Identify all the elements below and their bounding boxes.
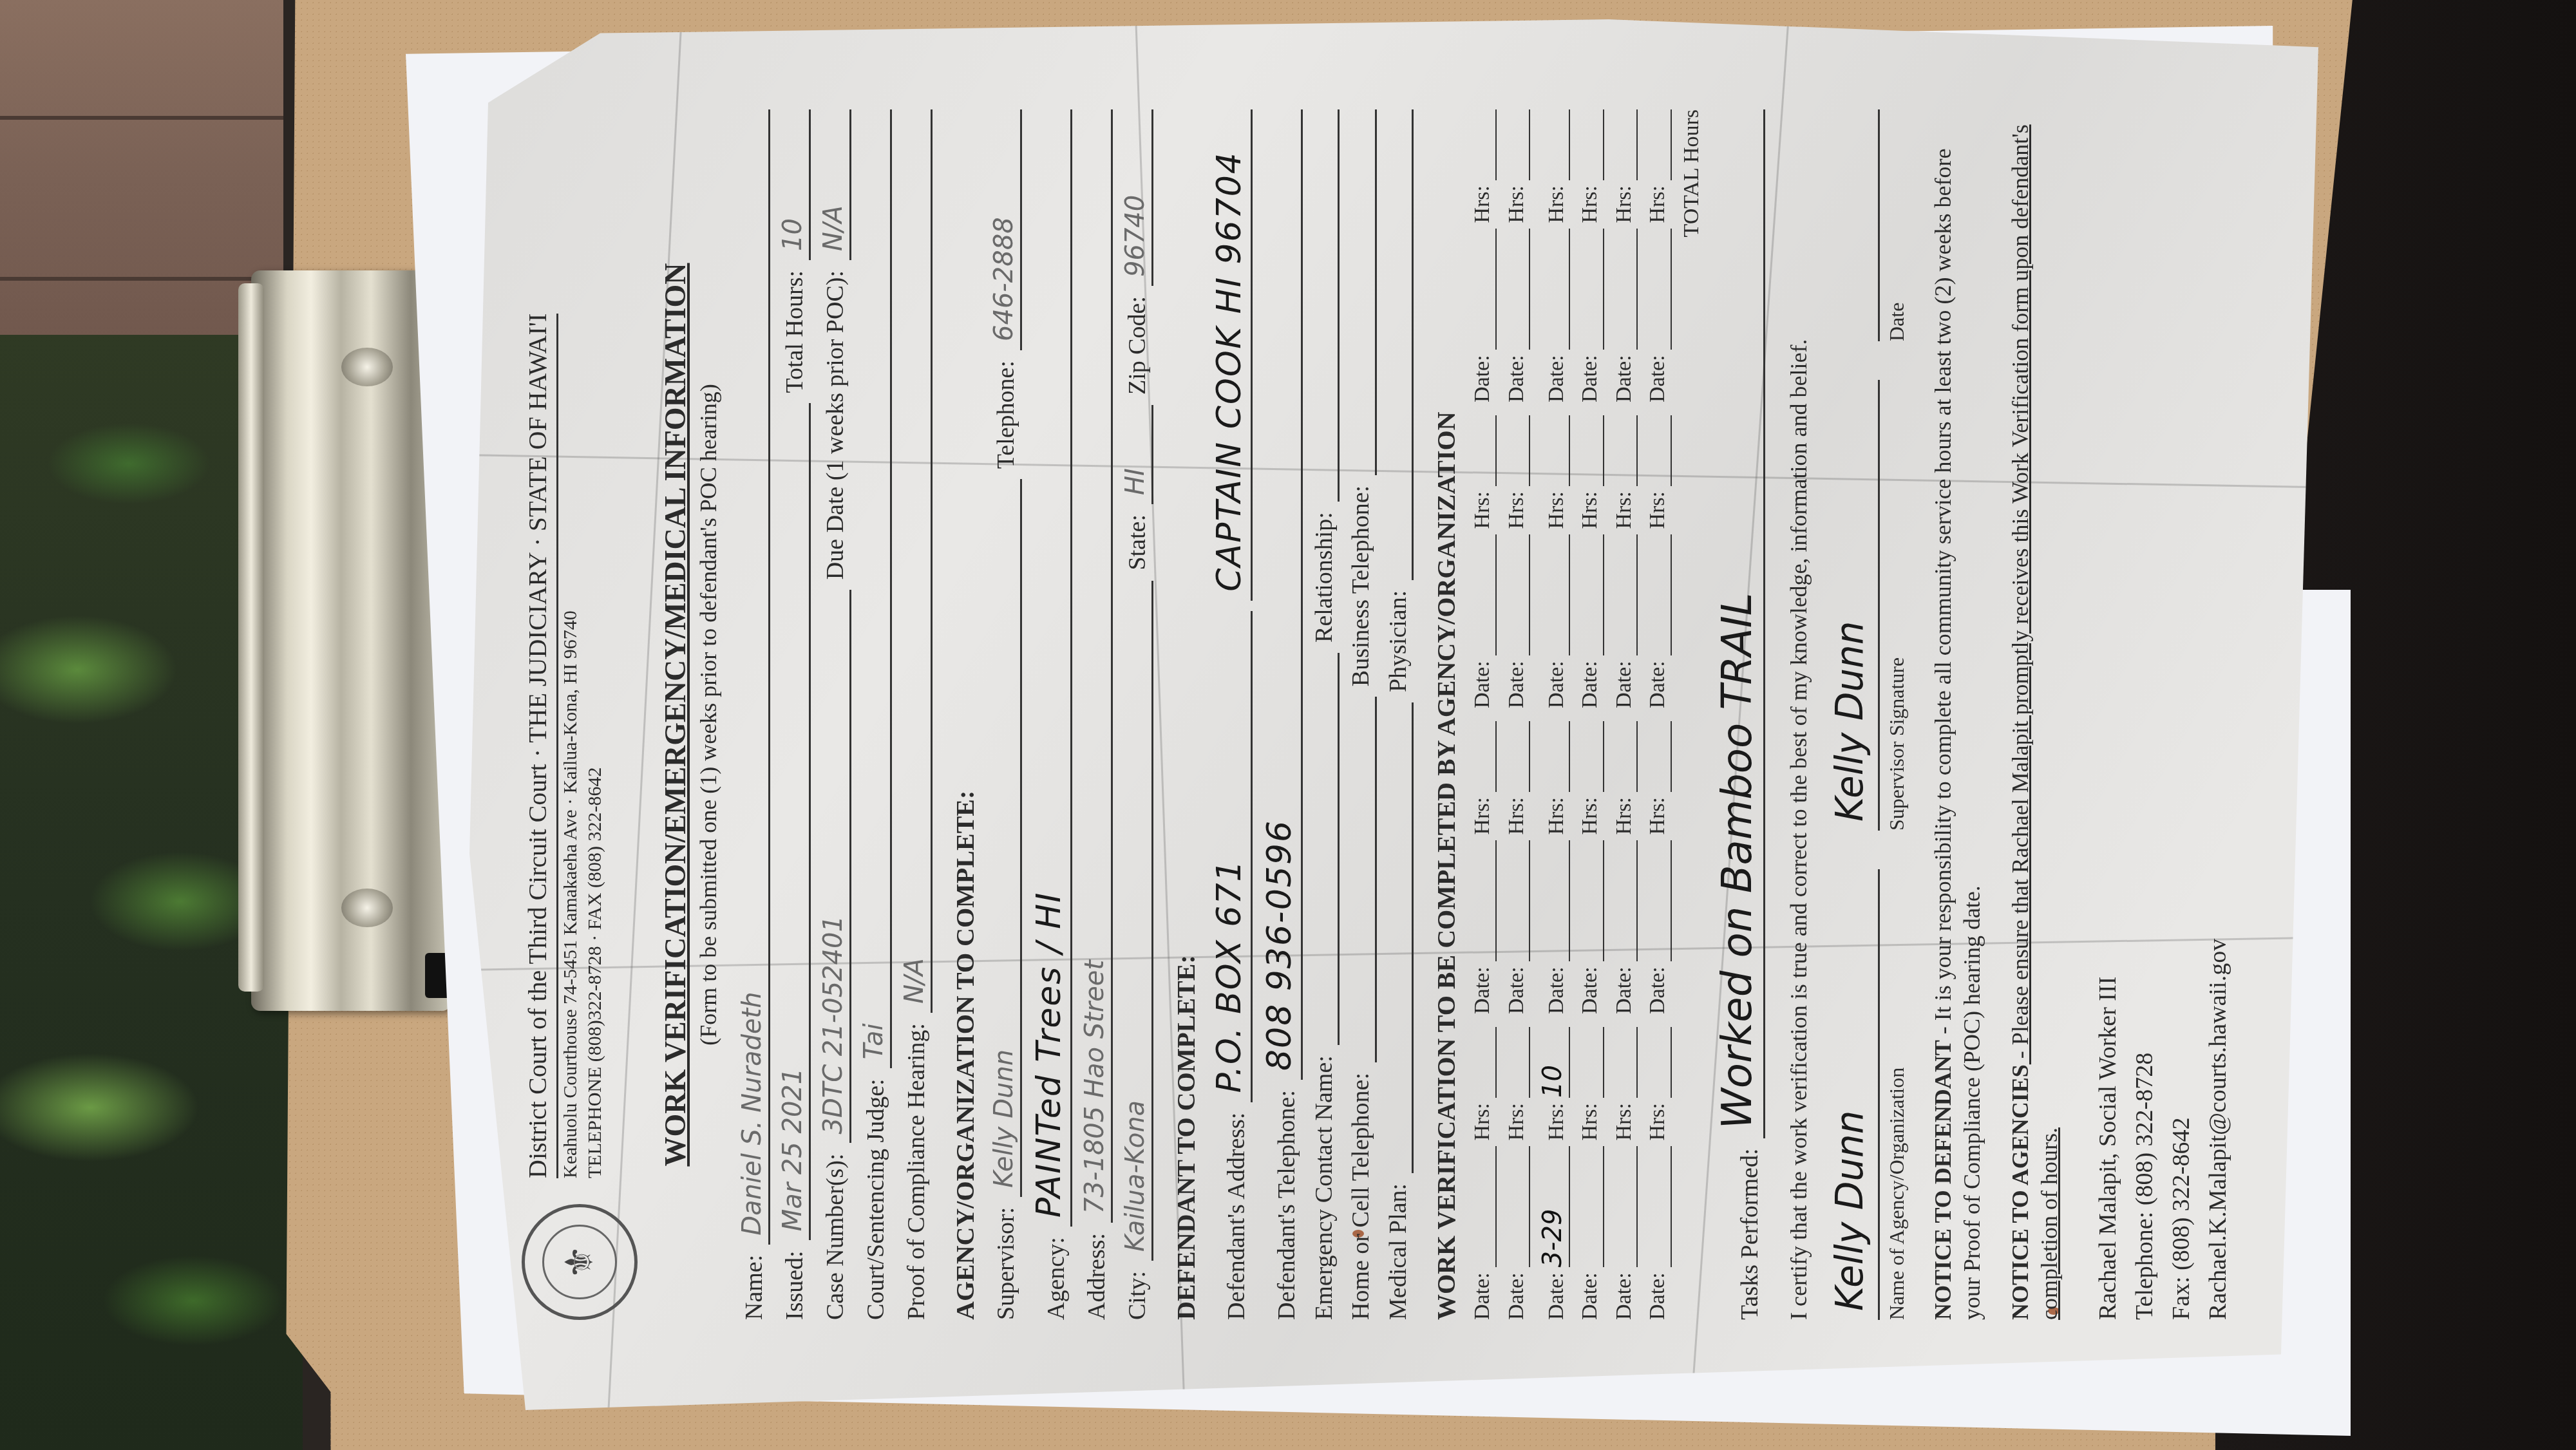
defendant-phone-label: Defendant's Telephone: bbox=[1272, 1090, 1303, 1320]
date-field[interactable] bbox=[1506, 229, 1530, 350]
home-phone-field[interactable] bbox=[1347, 697, 1377, 1062]
hrs-label: Hrs: bbox=[1644, 185, 1672, 223]
hrs-label: Hrs: bbox=[1611, 185, 1638, 223]
case-number-label: Case Number(s): bbox=[820, 1153, 851, 1320]
date-label: Date: bbox=[1644, 661, 1672, 708]
clip-lever-bar[interactable] bbox=[238, 283, 264, 992]
hrs-field[interactable] bbox=[1546, 721, 1570, 792]
date-label: Date: bbox=[1469, 966, 1497, 1014]
hrs-label: Hrs: bbox=[1543, 185, 1571, 223]
work-log-entry: Date:Hrs: bbox=[1537, 109, 1570, 402]
date-label: Date: bbox=[1644, 966, 1672, 1014]
hrs-label: Hrs: bbox=[1543, 797, 1571, 835]
date-field[interactable] bbox=[1613, 840, 1638, 962]
work-log-entry: Date:Hrs: bbox=[1577, 1027, 1604, 1320]
zip-field[interactable]: 96740 bbox=[1119, 109, 1153, 286]
name-label: Name: bbox=[739, 1255, 770, 1320]
contact-email[interactable]: Rachael.K.Malapit@courts.hawaii.gov bbox=[2200, 109, 2237, 1320]
date-label: Date: bbox=[1611, 966, 1638, 1014]
hrs-field[interactable] bbox=[1472, 1027, 1497, 1098]
court-address: Keahuolu Courthouse 74-5451 Kamakaeha Av… bbox=[558, 314, 583, 1178]
hrs-label: Hrs: bbox=[1469, 797, 1497, 835]
hrs-field[interactable] bbox=[1647, 1027, 1672, 1098]
total-hours-caption: TOTAL Hours bbox=[1678, 109, 1706, 1320]
agency-name-signature-field[interactable]: Kelly Dunn bbox=[1826, 869, 1880, 1320]
poc-hearing-field[interactable]: N/A bbox=[898, 109, 933, 1013]
work-log-entry: Date:Hrs: bbox=[1611, 1027, 1638, 1320]
date-label: Date: bbox=[1577, 355, 1604, 402]
work-log-entry: Date:Hrs: bbox=[1611, 109, 1638, 402]
date-field[interactable] bbox=[1546, 229, 1570, 350]
hrs-label: Hrs: bbox=[1469, 491, 1497, 529]
work-log-entry: Date:Hrs: bbox=[1611, 415, 1638, 708]
tasks-performed-field[interactable]: Worked on Bamboo TRAIL bbox=[1712, 109, 1765, 1138]
work-log-entry: Date:Hrs: bbox=[1503, 1027, 1531, 1320]
date-field[interactable] bbox=[1546, 534, 1570, 656]
hrs-label: Hrs: bbox=[1611, 797, 1638, 835]
relationship-label: Relationship: bbox=[1309, 512, 1340, 643]
hrs-field[interactable] bbox=[1580, 1027, 1604, 1098]
work-log-entry: Date:Hrs: bbox=[1644, 1027, 1672, 1320]
date-field[interactable] bbox=[1472, 534, 1497, 656]
business-phone-field[interactable] bbox=[1347, 109, 1377, 475]
hrs-field[interactable] bbox=[1546, 109, 1570, 180]
notice-defendant-heading: NOTICE TO DEFENDANT bbox=[1930, 1040, 1956, 1320]
hrs-label: Hrs: bbox=[1503, 491, 1531, 529]
date-field[interactable] bbox=[1613, 229, 1638, 350]
hrs-label: Hrs: bbox=[1577, 797, 1604, 835]
due-date-label: Due Date (1 weeks prior POC): bbox=[820, 270, 851, 579]
work-log-entry: Date:Hrs: bbox=[1577, 415, 1604, 708]
total-hours-label: Total Hours: bbox=[780, 270, 811, 393]
issued-label: Issued: bbox=[780, 1250, 811, 1320]
supervisor-signature-field[interactable]: Kelly Dunn bbox=[1826, 380, 1880, 831]
deck-plank-seam bbox=[0, 116, 283, 120]
work-log-grid: Date:Hrs: Date:Hrs: Date:Hrs: Date:Hrs: … bbox=[1469, 109, 1672, 1320]
work-log-entry: Date:Hrs: bbox=[1469, 415, 1497, 708]
work-log-entry: Date:Hrs: bbox=[1577, 721, 1604, 1014]
date-field[interactable] bbox=[1647, 840, 1672, 962]
contact-telephone: Telephone: (808) 322-8728 bbox=[2126, 109, 2163, 1320]
home-phone-label: Home or Cell Telephone: bbox=[1346, 1073, 1377, 1320]
date-label: Date: bbox=[1503, 661, 1531, 708]
poc-hearing-label: Proof of Compliance Hearing: bbox=[902, 1023, 933, 1320]
hrs-label: Hrs: bbox=[1543, 491, 1571, 529]
agency-address-label: Address: bbox=[1082, 1233, 1113, 1320]
date-label: Date: bbox=[1611, 355, 1638, 402]
defendant-address-label: Defendant's Address: bbox=[1222, 1113, 1253, 1320]
date-label: Date: bbox=[1503, 966, 1531, 1014]
hrs-field[interactable] bbox=[1647, 109, 1672, 180]
date-label: Date: bbox=[1543, 966, 1571, 1014]
deck-plank-seam bbox=[0, 277, 283, 281]
date-field[interactable] bbox=[1613, 534, 1638, 656]
defendant-address-field[interactable]: P.O. BOX 671 bbox=[1209, 611, 1253, 1102]
contact-fax: Fax: (808) 322-8642 bbox=[2163, 109, 2200, 1320]
hrs-field[interactable] bbox=[1472, 415, 1497, 486]
work-log-entry: Date:Hrs: bbox=[1503, 721, 1531, 1014]
agency-section-title: AGENCY/ORGANIZATION TO COMPLETE: bbox=[949, 109, 981, 1320]
agency-telephone-label: Telephone: bbox=[991, 361, 1022, 469]
hrs-field[interactable] bbox=[1546, 415, 1570, 486]
total-hours-field[interactable]: 10 bbox=[777, 109, 811, 260]
relationship-field[interactable] bbox=[1309, 109, 1340, 502]
date-field[interactable] bbox=[1472, 1146, 1497, 1268]
defendant-city-field[interactable]: CAPTAIN COOK HI 96704 bbox=[1209, 109, 1253, 601]
hrs-field[interactable] bbox=[1506, 1027, 1530, 1098]
work-log-entry: Date:Hrs: bbox=[1644, 721, 1672, 1014]
date-field[interactable]: 3-29 bbox=[1537, 1146, 1570, 1268]
city-label: City: bbox=[1122, 1271, 1153, 1320]
work-log-entry: Date:Hrs: bbox=[1611, 721, 1638, 1014]
notice-to-defendant: NOTICE TO DEFENDANT - It is your respons… bbox=[1929, 109, 1987, 1320]
date-label: Date: bbox=[1503, 355, 1531, 402]
signature-date-caption: Date bbox=[1884, 109, 1909, 341]
date-label: Date: bbox=[1577, 966, 1604, 1014]
case-number-field[interactable]: 3DTC 21-052401 bbox=[817, 590, 851, 1143]
contact-block: Rachael Malapit, Social Worker III Telep… bbox=[2090, 109, 2237, 1320]
judge-field[interactable]: Tai bbox=[858, 109, 892, 1068]
issued-field[interactable]: Mar 25 2021 bbox=[777, 403, 811, 1240]
work-log-entry: Date:Hrs: bbox=[1469, 109, 1497, 402]
date-field[interactable] bbox=[1580, 840, 1604, 962]
date-field[interactable] bbox=[1580, 229, 1604, 350]
state-seal: ⚜ bbox=[522, 1204, 638, 1320]
form-content: ⚜ District Court of the Third Circuit Co… bbox=[483, 52, 2286, 1378]
date-label: Date: bbox=[1543, 355, 1571, 402]
rivet-icon bbox=[341, 889, 393, 927]
date-field[interactable] bbox=[1613, 1146, 1638, 1268]
date-label: Date: bbox=[1543, 1272, 1571, 1320]
defendant-phone-field[interactable]: 808 936-0596 bbox=[1259, 109, 1303, 1080]
date-label: Date: bbox=[1469, 355, 1497, 402]
hrs-label: Hrs: bbox=[1611, 1103, 1638, 1141]
hrs-field[interactable] bbox=[1472, 721, 1497, 792]
date-label: Date: bbox=[1469, 661, 1497, 708]
work-log-entry: Date:Hrs: bbox=[1644, 109, 1672, 402]
contact-name: Rachael Malapit, Social Worker III bbox=[2090, 109, 2126, 1320]
date-field[interactable] bbox=[1472, 840, 1497, 962]
agency-address-field[interactable]: 73-1805 Hao Street bbox=[1079, 109, 1113, 1223]
hrs-field[interactable] bbox=[1613, 721, 1638, 792]
date-field[interactable] bbox=[1506, 840, 1530, 962]
hrs-field[interactable] bbox=[1506, 721, 1530, 792]
hrs-field[interactable] bbox=[1613, 109, 1638, 180]
date-field[interactable] bbox=[1647, 1146, 1672, 1268]
work-log-entry: Date:Hrs: bbox=[1537, 415, 1570, 708]
agency-label: Agency: bbox=[1041, 1237, 1072, 1320]
hrs-field[interactable] bbox=[1647, 721, 1672, 792]
certification-statement: I certify that the work verification is … bbox=[1785, 109, 1814, 1320]
hrs-label: Hrs: bbox=[1543, 1103, 1571, 1141]
state-field[interactable]: HI bbox=[1119, 405, 1153, 504]
hrs-label: Hrs: bbox=[1503, 1103, 1531, 1141]
agency-telephone-field[interactable]: 646-2888 bbox=[988, 109, 1022, 350]
date-label: Date: bbox=[1577, 1272, 1604, 1320]
hrs-label: Hrs: bbox=[1644, 797, 1672, 835]
business-phone-label: Business Telephone: bbox=[1346, 485, 1377, 686]
judge-label: Court/Sentencing Judge: bbox=[861, 1078, 892, 1320]
notice-to-agencies: NOTICE TO AGENCIES - Please ensure that … bbox=[2006, 109, 2064, 1320]
date-field[interactable] bbox=[1580, 1146, 1604, 1268]
date-field[interactable] bbox=[1506, 1146, 1530, 1268]
date-label: Date: bbox=[1611, 1272, 1638, 1320]
form-header: ⚜ District Court of the Third Circuit Co… bbox=[522, 109, 638, 1320]
hrs-label: Hrs: bbox=[1503, 797, 1531, 835]
date-field[interactable] bbox=[1472, 229, 1497, 350]
date-label: Date: bbox=[1577, 661, 1604, 708]
work-log-entry-filled: Date:3-29Hrs:10 bbox=[1537, 1027, 1570, 1320]
emergency-contact-field[interactable] bbox=[1309, 653, 1340, 1045]
supervisor-signature-caption: Supervisor Signature bbox=[1884, 380, 1909, 831]
work-log-entry: Date:Hrs: bbox=[1469, 721, 1497, 1014]
medical-plan-label: Medical Plan: bbox=[1383, 1183, 1414, 1320]
hrs-field[interactable] bbox=[1472, 109, 1497, 180]
tasks-performed-label: Tasks Performed: bbox=[1735, 1149, 1766, 1320]
hrs-field[interactable] bbox=[1506, 109, 1530, 180]
hrs-label: Hrs: bbox=[1644, 1103, 1672, 1141]
hrs-field[interactable] bbox=[1580, 721, 1604, 792]
medical-plan-field[interactable] bbox=[1383, 702, 1414, 1173]
signature-date-field[interactable] bbox=[1826, 109, 1880, 341]
work-log-entry: Date:Hrs: bbox=[1469, 1027, 1497, 1320]
date-label: Date: bbox=[1644, 355, 1672, 402]
rivet-icon bbox=[341, 348, 393, 386]
work-log-entry: Date:Hrs: bbox=[1577, 109, 1604, 402]
work-log-entry: Date:Hrs: bbox=[1644, 415, 1672, 708]
form-subtitle: (Form to be submitted one (1) weeks prio… bbox=[694, 109, 723, 1320]
supervisor-field[interactable]: Kelly Dunn bbox=[988, 479, 1022, 1197]
verification-section-title: WORK VERIFICATION TO BE COMPLETED BY AGE… bbox=[1430, 109, 1463, 1320]
date-field[interactable] bbox=[1647, 534, 1672, 656]
work-log-entry: Date:Hrs: bbox=[1503, 109, 1531, 402]
hrs-label: Hrs: bbox=[1503, 185, 1531, 223]
hrs-field[interactable] bbox=[1580, 109, 1604, 180]
name-field[interactable]: Daniel S. Nuradeth bbox=[736, 109, 770, 1245]
date-field[interactable] bbox=[1580, 534, 1604, 656]
hrs-label: Hrs: bbox=[1469, 185, 1497, 223]
physician-field[interactable] bbox=[1383, 109, 1414, 580]
hrs-label: Hrs: bbox=[1577, 1103, 1604, 1141]
hrs-label: Hrs: bbox=[1577, 491, 1604, 529]
date-label: Date: bbox=[1644, 1272, 1672, 1320]
hrs-field[interactable]: 10 bbox=[1537, 1027, 1570, 1098]
date-label: Date: bbox=[1469, 1272, 1497, 1320]
emergency-contact-label: Emergency Contact Name: bbox=[1309, 1055, 1340, 1320]
hrs-label: Hrs: bbox=[1611, 491, 1638, 529]
date-field[interactable] bbox=[1546, 840, 1570, 962]
court-phone: TELEPHONE (808)322-8728 · FAX (808) 322-… bbox=[583, 314, 607, 1178]
date-label: Date: bbox=[1543, 661, 1571, 708]
work-verification-form-sheet: ⚜ District Court of the Third Circuit Co… bbox=[451, 19, 2318, 1410]
due-date-field[interactable]: N/A bbox=[817, 109, 851, 260]
form-title: WORK VERIFICATION/EMERGENCY/MEDICAL INFO… bbox=[657, 109, 694, 1320]
hrs-field[interactable] bbox=[1506, 415, 1530, 486]
date-field[interactable] bbox=[1506, 534, 1530, 656]
hrs-label: Hrs: bbox=[1577, 185, 1604, 223]
seal-crest-icon: ⚜ bbox=[556, 1245, 604, 1279]
hrs-field[interactable] bbox=[1613, 415, 1638, 486]
hrs-label: Hrs: bbox=[1469, 1103, 1497, 1141]
hrs-field[interactable] bbox=[1613, 1027, 1638, 1098]
agency-name-caption: Name of Agency/Organization bbox=[1884, 869, 1909, 1320]
physician-label: Physician: bbox=[1383, 590, 1414, 692]
hrs-label: Hrs: bbox=[1644, 491, 1672, 529]
hrs-field[interactable] bbox=[1647, 415, 1672, 486]
hrs-field[interactable] bbox=[1580, 415, 1604, 486]
zip-label: Zip Code: bbox=[1122, 296, 1153, 395]
date-label: Date: bbox=[1503, 1272, 1531, 1320]
state-label: State: bbox=[1122, 514, 1153, 570]
work-log-entry: Date:Hrs: bbox=[1537, 721, 1570, 1014]
court-name: District Court of the Third Circuit Cour… bbox=[522, 314, 558, 1178]
agency-field[interactable]: PAINTed Trees / HI bbox=[1028, 109, 1072, 1227]
notice-agencies-heading: NOTICE TO AGENCIES bbox=[2007, 1064, 2033, 1320]
city-field[interactable]: Kailua-Kona bbox=[1119, 581, 1153, 1261]
date-label: Date: bbox=[1611, 661, 1638, 708]
defendant-section-title: DEFENDANT TO COMPLETE: bbox=[1170, 109, 1202, 1320]
date-field[interactable] bbox=[1647, 229, 1672, 350]
supervisor-label: Supervisor: bbox=[991, 1207, 1022, 1320]
work-log-entry: Date:Hrs: bbox=[1503, 415, 1531, 708]
